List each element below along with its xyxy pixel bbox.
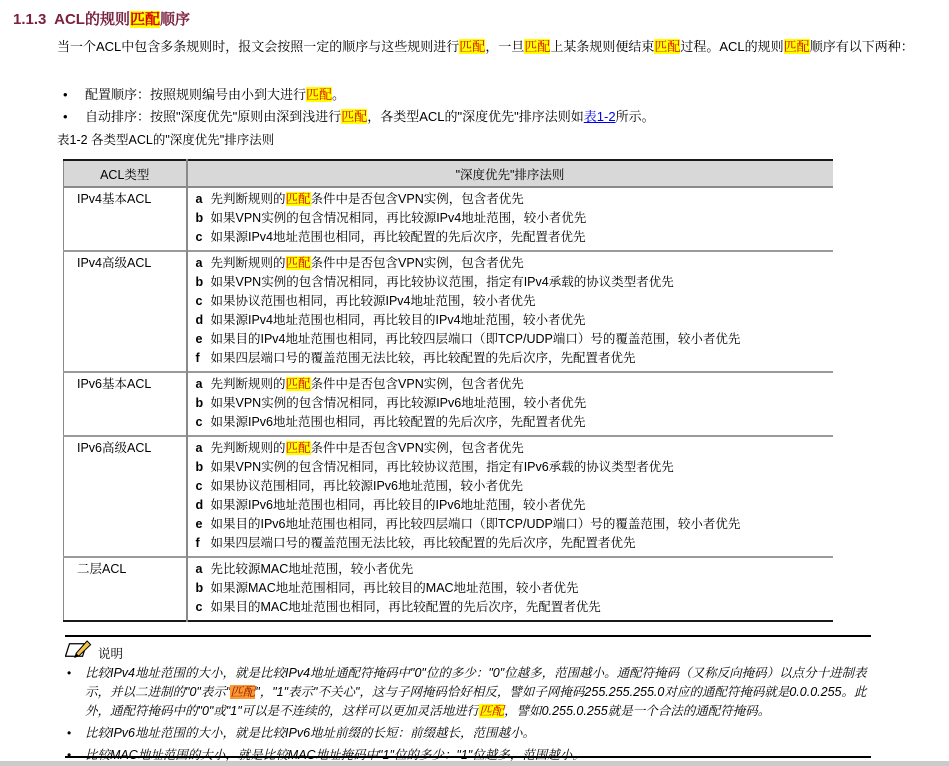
note-pencil-icon [65, 640, 92, 665]
rule-letter: c [196, 477, 211, 496]
rule-text: 先判断规则的匹配条件中是否包含VPN实例，包含者优先 [211, 377, 524, 391]
rule-letter: b [196, 579, 211, 598]
search-highlight: 匹配 [341, 109, 367, 124]
rule-letter: a [196, 254, 211, 273]
rule-letter: f [196, 349, 211, 368]
rule-text: 如果源IPv6地址范围也相同，再比较目的IPv6地址范围，较小者优先 [211, 498, 586, 512]
rule-text: 如果目的IPv4地址范围也相同，再比较四层端口（即TCP/UDP端口）号的覆盖范… [211, 332, 741, 346]
acl-table-container: ACL类型 "深度优先"排序法则 IPv4基本ACLa先判断规则的匹配条件中是否… [63, 159, 833, 622]
search-highlight: 匹配 [130, 11, 160, 28]
acl-table-body: IPv4基本ACLa先判断规则的匹配条件中是否包含VPN实例，包含者优先b如果V… [64, 187, 833, 621]
rule-item: b如果VPN实例的包含情况相同，再比较协议范围，指定有IPv4承载的协议类型者优… [188, 273, 833, 292]
table-row: IPv4高级ACLa先判断规则的匹配条件中是否包含VPN实例，包含者优先b如果V… [64, 251, 833, 372]
rule-item: b如果源MAC地址范围相同，再比较目的MAC地址范围，较小者优先 [188, 579, 833, 598]
search-highlight: 匹配 [286, 192, 311, 206]
rule-letter: a [196, 560, 211, 579]
note-text: 比较MAC地址范围的大小，就是比较MAC地址掩码中"1"位的多少："1"位越多，… [85, 748, 585, 762]
document-page: 1.1.3 ACL的规则匹配顺序 当一个ACL中包含多条规则时，报文会按照一定的… [0, 0, 949, 766]
rule-text: 先判断规则的匹配条件中是否包含VPN实例，包含者优先 [211, 256, 524, 270]
bullet-icon: • [67, 724, 71, 743]
rule-item: a先判断规则的匹配条件中是否包含VPN实例，包含者优先 [188, 190, 833, 209]
rule-item: b如果VPN实例的包含情况相同，再比较源IPv4地址范围，较小者优先 [188, 209, 833, 228]
rule-item: c如果源IPv4地址范围也相同，再比较配置的先后次序，先配置者优先 [188, 228, 833, 247]
note-bullet-list: •比较IPv4地址范围的大小，就是比较IPv4地址通配符掩码中"0"位的多少："… [65, 664, 877, 766]
rule-letter: c [196, 413, 211, 432]
rule-text: 如果协议范围相同，再比较源IPv6地址范围，较小者优先 [211, 479, 524, 493]
acl-type-cell: IPv6基本ACL [64, 372, 187, 436]
note-header: 说明 [65, 640, 123, 665]
table-row: IPv4基本ACLa先判断规则的匹配条件中是否包含VPN实例，包含者优先b如果V… [64, 187, 833, 251]
acl-rules-cell: a先比较源MAC地址范围，较小者优先b如果源MAC地址范围相同，再比较目的MAC… [187, 557, 833, 621]
table-header-acl-type: ACL类型 [64, 160, 187, 187]
rule-item: b如果VPN实例的包含情况相同，再比较协议范围，指定有IPv6承载的协议类型者优… [188, 458, 833, 477]
bullet-text: 配置顺序：按照规则编号由小到大进行匹配。 [85, 87, 345, 102]
rule-item: c如果目的MAC地址范围也相同，再比较配置的先后次序，先配置者优先 [188, 598, 833, 617]
rule-letter: c [196, 292, 211, 311]
list-item: •自动排序：按照"深度优先"原则由深到浅进行匹配，各类型ACL的"深度优先"排序… [57, 106, 937, 128]
rule-letter: e [196, 330, 211, 349]
rule-item: d如果源IPv4地址范围也相同，再比较目的IPv4地址范围，较小者优先 [188, 311, 833, 330]
search-highlight: 匹配 [524, 39, 550, 54]
rule-text: 如果源MAC地址范围相同，再比较目的MAC地址范围，较小者优先 [211, 581, 579, 595]
rule-letter: d [196, 496, 211, 515]
rule-item: f如果四层端口号的覆盖范围无法比较，再比较配置的先后次序，先配置者优先 [188, 349, 833, 368]
note-text: 比较IPv6地址范围的大小，就是比较IPv6地址前缀的长短：前缀越长，范围越小。 [85, 726, 535, 740]
rule-item: a先判断规则的匹配条件中是否包含VPN实例，包含者优先 [188, 254, 833, 273]
page-title: 1.1.3 ACL的规则匹配顺序 [13, 8, 190, 29]
rule-text: 如果VPN实例的包含情况相同，再比较源IPv4地址范围，较小者优先 [211, 211, 587, 225]
search-highlight: 匹配 [654, 39, 680, 54]
acl-table: ACL类型 "深度优先"排序法则 IPv4基本ACLa先判断规则的匹配条件中是否… [63, 159, 833, 622]
rule-item: a先判断规则的匹配条件中是否包含VPN实例，包含者优先 [188, 375, 833, 394]
rule-text: 如果VPN实例的包含情况相同，再比较协议范围，指定有IPv4承载的协议类型者优先 [211, 275, 674, 289]
search-highlight: 匹配 [286, 256, 311, 270]
rule-letter: b [196, 458, 211, 477]
rule-item: a先判断规则的匹配条件中是否包含VPN实例，包含者优先 [188, 439, 833, 458]
table-row: 二层ACLa先比较源MAC地址范围，较小者优先b如果源MAC地址范围相同，再比较… [64, 557, 833, 621]
rule-item: c如果源IPv6地址范围也相同，再比较配置的先后次序，先配置者优先 [188, 413, 833, 432]
note-top-divider [65, 635, 871, 637]
rule-item: e如果目的IPv4地址范围也相同，再比较四层端口（即TCP/UDP端口）号的覆盖… [188, 330, 833, 349]
rule-letter: a [196, 439, 211, 458]
rule-text: 如果源IPv6地址范围也相同，再比较配置的先后次序，先配置者优先 [211, 415, 586, 429]
rule-letter: f [196, 534, 211, 553]
order-bullet-list: •配置顺序：按照规则编号由小到大进行匹配。 •自动排序：按照"深度优先"原则由深… [57, 84, 937, 128]
rule-letter: b [196, 209, 211, 228]
table-row: IPv6高级ACLa先判断规则的匹配条件中是否包含VPN实例，包含者优先b如果V… [64, 436, 833, 557]
rule-text: 如果VPN实例的包含情况相同，再比较源IPv6地址范围，较小者优先 [211, 396, 587, 410]
acl-type-cell: IPv6高级ACL [64, 436, 187, 557]
table-header-rule: "深度优先"排序法则 [187, 160, 833, 187]
rule-text: 先比较源MAC地址范围，较小者优先 [211, 562, 414, 576]
bullet-icon: • [63, 84, 68, 106]
acl-rules-cell: a先判断规则的匹配条件中是否包含VPN实例，包含者优先b如果VPN实例的包含情况… [187, 251, 833, 372]
table-header-row: ACL类型 "深度优先"排序法则 [64, 160, 833, 187]
search-highlight-active: 匹配 [230, 685, 255, 699]
search-highlight: 匹配 [784, 39, 810, 54]
acl-rules-cell: a先判断规则的匹配条件中是否包含VPN实例，包含者优先b如果VPN实例的包含情况… [187, 372, 833, 436]
bullet-text: 自动排序：按照"深度优先"原则由深到浅进行匹配，各类型ACL的"深度优先"排序法… [85, 109, 655, 124]
bullet-icon: • [67, 664, 71, 683]
acl-rules-cell: a先判断规则的匹配条件中是否包含VPN实例，包含者优先b如果VPN实例的包含情况… [187, 436, 833, 557]
window-edge [0, 761, 949, 766]
bullet-icon: • [63, 106, 68, 128]
note-item: •比较IPv4地址范围的大小，就是比较IPv4地址通配符掩码中"0"位的多少："… [65, 664, 877, 721]
rule-text: 如果四层端口号的覆盖范围无法比较，再比较配置的先后次序，先配置者优先 [211, 351, 636, 365]
search-highlight: 匹配 [286, 377, 311, 391]
rule-letter: b [196, 273, 211, 292]
rule-text: 如果四层端口号的覆盖范围无法比较，再比较配置的先后次序，先配置者优先 [211, 536, 636, 550]
search-highlight: 匹配 [479, 704, 504, 718]
list-item: •配置顺序：按照规则编号由小到大进行匹配。 [57, 84, 937, 106]
acl-type-cell: IPv4基本ACL [64, 187, 187, 251]
search-highlight: 匹配 [306, 87, 332, 102]
rule-item: f如果四层端口号的覆盖范围无法比较，再比较配置的先后次序，先配置者优先 [188, 534, 833, 553]
table-caption: 表1-2 各类型ACL的"深度优先"排序法则 [57, 130, 274, 148]
note-bottom-divider [65, 756, 871, 758]
rule-item: b如果VPN实例的包含情况相同，再比较源IPv6地址范围，较小者优先 [188, 394, 833, 413]
rule-text: 如果协议范围也相同，再比较源IPv4地址范围，较小者优先 [211, 294, 536, 308]
rule-item: d如果源IPv6地址范围也相同，再比较目的IPv6地址范围，较小者优先 [188, 496, 833, 515]
rule-text: 先判断规则的匹配条件中是否包含VPN实例，包含者优先 [211, 441, 524, 455]
note-text: 比较IPv4地址范围的大小，就是比较IPv4地址通配符掩码中"0"位的多少："0… [85, 666, 867, 718]
rule-letter: c [196, 598, 211, 617]
rule-item: c如果协议范围相同，再比较源IPv6地址范围，较小者优先 [188, 477, 833, 496]
rule-item: e如果目的IPv6地址范围也相同，再比较四层端口（即TCP/UDP端口）号的覆盖… [188, 515, 833, 534]
search-highlight: 匹配 [286, 441, 311, 455]
rule-text: 如果VPN实例的包含情况相同，再比较协议范围，指定有IPv6承载的协议类型者优先 [211, 460, 674, 474]
rule-letter: b [196, 394, 211, 413]
rule-item: c如果协议范围也相同，再比较源IPv4地址范围，较小者优先 [188, 292, 833, 311]
rule-text: 如果源IPv4地址范围也相同，再比较配置的先后次序，先配置者优先 [211, 230, 586, 244]
rule-letter: c [196, 228, 211, 247]
intro-paragraph: 当一个ACL中包含多条规则时，报文会按照一定的顺序与这些规则进行匹配，一旦匹配上… [57, 36, 937, 58]
search-highlight: 匹配 [459, 39, 485, 54]
rule-text: 如果源IPv4地址范围也相同，再比较目的IPv4地址范围，较小者优先 [211, 313, 586, 327]
acl-type-cell: 二层ACL [64, 557, 187, 621]
rule-text: 如果目的IPv6地址范围也相同，再比较四层端口（即TCP/UDP端口）号的覆盖范… [211, 517, 741, 531]
acl-rules-cell: a先判断规则的匹配条件中是否包含VPN实例，包含者优先b如果VPN实例的包含情况… [187, 187, 833, 251]
acl-type-cell: IPv4高级ACL [64, 251, 187, 372]
note-label: 说明 [98, 644, 123, 662]
rule-text: 先判断规则的匹配条件中是否包含VPN实例，包含者优先 [211, 192, 524, 206]
rule-letter: d [196, 311, 211, 330]
note-item: •比较IPv6地址范围的大小，就是比较IPv6地址前缀的长短：前缀越长，范围越小… [65, 724, 877, 743]
table-1-2-link[interactable]: 表1-2 [584, 109, 616, 124]
rule-item: a先比较源MAC地址范围，较小者优先 [188, 560, 833, 579]
rule-letter: e [196, 515, 211, 534]
rule-letter: a [196, 190, 211, 209]
rule-letter: a [196, 375, 211, 394]
table-row: IPv6基本ACLa先判断规则的匹配条件中是否包含VPN实例，包含者优先b如果V… [64, 372, 833, 436]
rule-text: 如果目的MAC地址范围也相同，再比较配置的先后次序，先配置者优先 [211, 600, 601, 614]
